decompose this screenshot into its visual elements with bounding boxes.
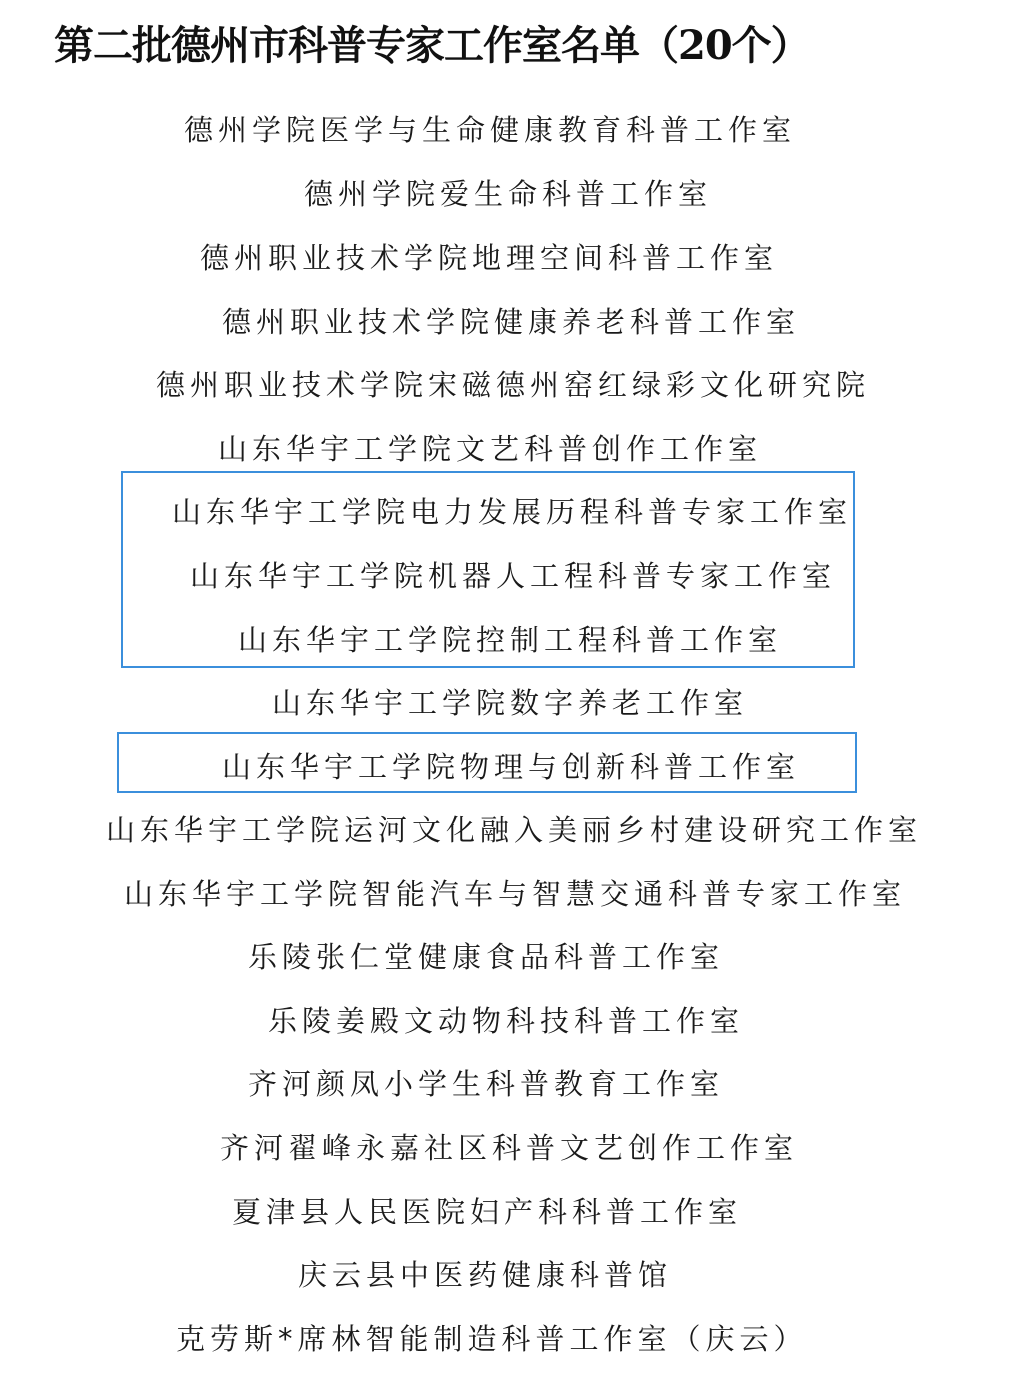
list-item: 德州职业技术学院宋磁德州窑红绿彩文化研究院 xyxy=(156,365,870,405)
list-item: 山东华宇工学院电力发展历程科普专家工作室 xyxy=(172,492,852,532)
list-item: 山东华宇工学院控制工程科普工作室 xyxy=(238,620,782,660)
list-item: 齐河翟峰永嘉社区科普文艺创作工作室 xyxy=(220,1128,798,1168)
list-item: 庆云县中医药健康科普馆 xyxy=(298,1255,672,1295)
list-item: 齐河颜凤小学生科普教育工作室 xyxy=(248,1064,724,1104)
list-item: 乐陵姜殿文动物科技科普工作室 xyxy=(268,1001,744,1041)
list-item: 乐陵张仁堂健康食品科普工作室 xyxy=(248,937,724,977)
list-item: 克劳斯*席林智能制造科普工作室（庆云） xyxy=(176,1319,808,1359)
list-item: 山东华宇工学院运河文化融入美丽乡村建设研究工作室 xyxy=(106,810,922,850)
list-item: 德州学院爱生命科普工作室 xyxy=(304,174,712,214)
list-item: 德州职业技术学院地理空间科普工作室 xyxy=(200,238,778,278)
list-item: 山东华宇工学院机器人工程科普专家工作室 xyxy=(190,556,836,596)
list-item: 德州职业技术学院健康养老科普工作室 xyxy=(222,302,800,342)
list-item: 夏津县人民医院妇产科科普工作室 xyxy=(232,1192,742,1232)
page-title: 第二批德州市科普专家工作室名单（20个） xyxy=(54,18,810,74)
list-item: 山东华宇工学院数字养老工作室 xyxy=(272,683,748,723)
list-item: 山东华宇工学院文艺科普创作工作室 xyxy=(218,429,762,469)
list-item: 山东华宇工学院智能汽车与智慧交通科普专家工作室 xyxy=(124,874,906,914)
list-item: 山东华宇工学院物理与创新科普工作室 xyxy=(222,747,800,787)
list-item: 德州学院医学与生命健康教育科普工作室 xyxy=(184,110,796,150)
